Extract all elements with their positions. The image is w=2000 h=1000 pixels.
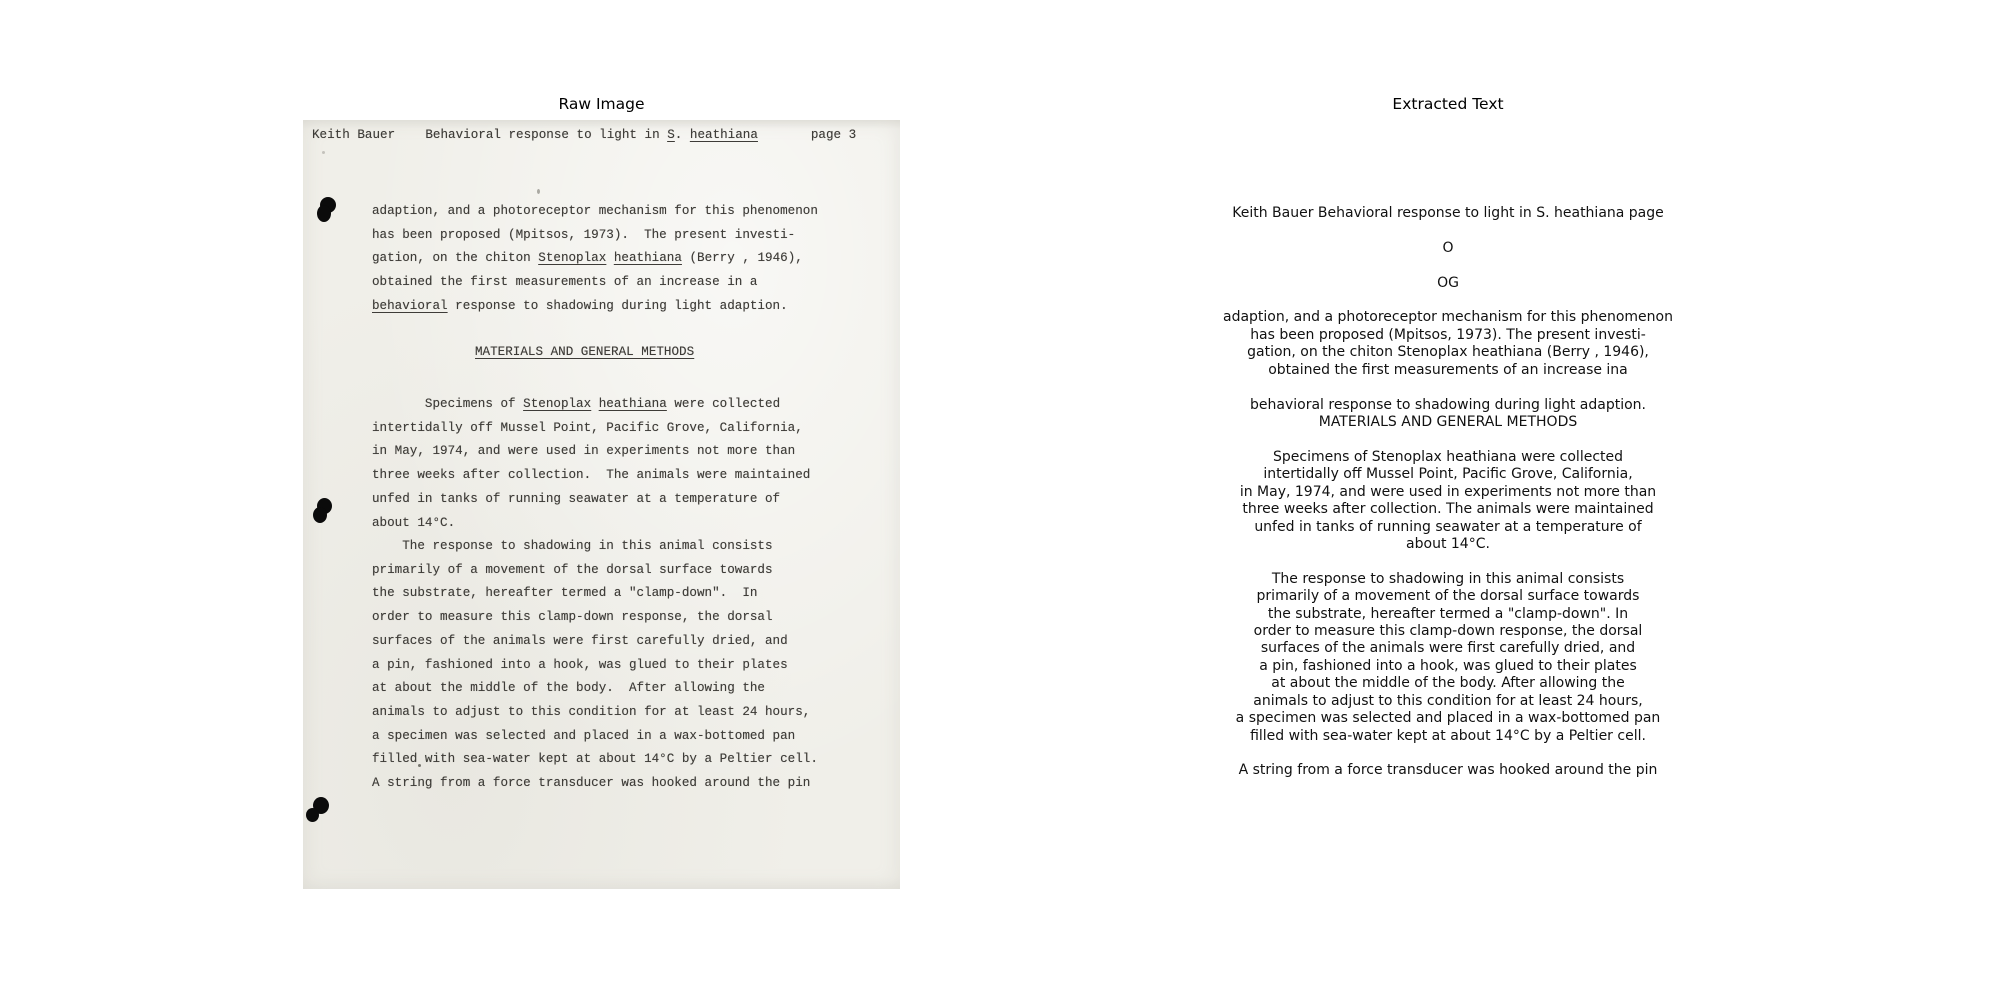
text-segment: a pin, fashioned into a hook, was glued … — [372, 658, 788, 672]
extracted-text-column: Keith Bauer Behavioral response to light… — [1148, 205, 1748, 797]
underlined-text: Stenoplax — [523, 397, 591, 411]
scan-text-line: Keith Bauer Behavioral response to light… — [312, 124, 856, 148]
text-segment: page 3 — [758, 128, 856, 142]
hole-punch-mark-middle — [313, 498, 335, 524]
extracted-text-line: gation, on the chiton Stenoplax heathian… — [1148, 344, 1748, 361]
scan-text-line: filled with sea-water kept at about 14°C… — [372, 748, 818, 772]
scan-text-line: primarily of a movement of the dorsal su… — [372, 559, 818, 583]
extracted-text-line: behavioral response to shadowing during … — [1148, 397, 1748, 414]
scan-text-line: behavioral response to shadowing during … — [372, 295, 818, 319]
scan-text-line: adaption, and a photoreceptor mechanism … — [372, 200, 818, 224]
extracted-text-line: a specimen was selected and placed in a … — [1148, 710, 1748, 727]
scan-text-line: a pin, fashioned into a hook, was glued … — [372, 654, 818, 678]
extracted-text-line: a pin, fashioned into a hook, was glued … — [1148, 658, 1748, 675]
scan-text-line: has been proposed (Mpitsos, 1973). The p… — [372, 224, 818, 248]
hole-punch-mark-top — [317, 197, 339, 223]
text-segment: order to measure this clamp-down respons… — [372, 610, 773, 624]
scan-text-line: Specimens of Stenoplax heathiana were co… — [372, 393, 810, 417]
scan-text-line: surfaces of the animals were first caref… — [372, 630, 818, 654]
scan-text-line: intertidally off Mussel Point, Pacific G… — [372, 417, 810, 441]
extracted-text-line: obtained the first measurements of an in… — [1148, 362, 1748, 379]
extracted-text-line: MATERIALS AND GENERAL METHODS — [1148, 414, 1748, 431]
extracted-text-line: about 14°C. — [1148, 536, 1748, 553]
text-segment: were collected — [667, 397, 780, 411]
extracted-text-line: O — [1148, 240, 1748, 257]
scan-text-line: gation, on the chiton Stenoplax heathian… — [372, 247, 818, 271]
text-segment: Keith Bauer Behavioral response to light… — [312, 128, 667, 142]
extracted-text-panel-title: Extracted Text — [1148, 94, 1748, 114]
scan-paragraph-3: The response to shadowing in this animal… — [372, 535, 818, 796]
scan-text-line: the substrate, hereafter termed a "clamp… — [372, 582, 818, 606]
underlined-text: behavioral — [372, 299, 448, 313]
text-segment: surfaces of the animals were first caref… — [372, 634, 788, 648]
scan-paragraph-1: adaption, and a photoreceptor mechanism … — [372, 200, 818, 319]
scan-page-header: Keith Bauer Behavioral response to light… — [312, 124, 856, 148]
scan-text-line: at about the middle of the body. After a… — [372, 677, 818, 701]
extracted-paragraph: Specimens of Stenoplax heathiana were co… — [1148, 449, 1748, 554]
underlined-text: heathiana — [599, 397, 667, 411]
extracted-paragraph: OG — [1148, 275, 1748, 292]
scan-text-line: order to measure this clamp-down respons… — [372, 606, 818, 630]
extracted-text-line: order to measure this clamp-down respons… — [1148, 623, 1748, 640]
underlined-text: MATERIALS AND GENERAL METHODS — [475, 345, 694, 359]
paper-speck — [418, 764, 421, 767]
extracted-text-line: has been proposed (Mpitsos, 1973). The p… — [1148, 327, 1748, 344]
extracted-paragraph: The response to shadowing in this animal… — [1148, 571, 1748, 745]
text-segment: has been proposed (Mpitsos, 1973). The p… — [372, 228, 795, 242]
extracted-paragraph: O — [1148, 240, 1748, 257]
underlined-text: S — [667, 128, 675, 142]
extracted-paragraph: Keith Bauer Behavioral response to light… — [1148, 205, 1748, 222]
text-segment: unfed in tanks of running seawater at a … — [372, 492, 780, 506]
text-segment: at about the middle of the body. After a… — [372, 681, 765, 695]
text-segment: intertidally off Mussel Point, Pacific G… — [372, 421, 803, 435]
text-segment: in May, 1974, and were used in experimen… — [372, 444, 795, 458]
paper-speck — [537, 189, 540, 194]
scan-text-line: three weeks after collection. The animal… — [372, 464, 810, 488]
scan-text-line: a specimen was selected and placed in a … — [372, 725, 818, 749]
scan-paragraph-2: Specimens of Stenoplax heathiana were co… — [372, 393, 810, 535]
text-segment: (Berry , 1946), — [682, 251, 803, 265]
text-segment: filled with sea-water kept at about 14°C… — [372, 752, 818, 766]
scan-text-line: unfed in tanks of running seawater at a … — [372, 488, 810, 512]
underlined-text: heathiana — [690, 128, 758, 142]
underlined-text: heathiana — [614, 251, 682, 265]
text-segment: . — [675, 128, 690, 142]
extracted-text-line: Keith Bauer Behavioral response to light… — [1148, 205, 1748, 222]
text-segment: the substrate, hereafter termed a "clamp… — [372, 586, 757, 600]
extracted-text-line: animals to adjust to this condition for … — [1148, 693, 1748, 710]
text-segment: response to shadowing during light adapt… — [448, 299, 788, 313]
extracted-text-line: primarily of a movement of the dorsal su… — [1148, 588, 1748, 605]
text-segment — [606, 251, 614, 265]
scan-text-line: in May, 1974, and were used in experimen… — [372, 440, 810, 464]
raw-image-panel-title: Raw Image — [303, 94, 900, 114]
extracted-text-line: in May, 1974, and were used in experimen… — [1148, 484, 1748, 501]
extracted-text-line: intertidally off Mussel Point, Pacific G… — [1148, 466, 1748, 483]
paper-speck — [322, 151, 325, 154]
extracted-text-line: OG — [1148, 275, 1748, 292]
extracted-paragraph: A string from a force transducer was hoo… — [1148, 762, 1748, 779]
text-segment: adaption, and a photoreceptor mechanism … — [372, 204, 818, 218]
hole-punch-mark-bottom — [306, 797, 330, 824]
text-segment: animals to adjust to this condition for … — [372, 705, 810, 719]
underlined-text: Stenoplax — [538, 251, 606, 265]
text-segment: obtained the first measurements of an in… — [372, 275, 757, 289]
extracted-text-line: unfed in tanks of running seawater at a … — [1148, 519, 1748, 536]
extracted-text-line: Specimens of Stenoplax heathiana were co… — [1148, 449, 1748, 466]
extracted-text-line: A string from a force transducer was hoo… — [1148, 762, 1748, 779]
text-segment: about 14°C. — [372, 516, 455, 530]
text-segment: three weeks after collection. The animal… — [372, 468, 810, 482]
extracted-paragraph: adaption, and a photoreceptor mechanism … — [1148, 309, 1748, 379]
extracted-text-line: filled with sea-water kept at about 14°C… — [1148, 728, 1748, 745]
text-segment — [591, 397, 599, 411]
scan-text-line: A string from a force transducer was hoo… — [372, 772, 818, 796]
text-segment: Specimens of — [372, 397, 523, 411]
text-segment: A string from a force transducer was hoo… — [372, 776, 810, 790]
extracted-text-line: adaption, and a photoreceptor mechanism … — [1148, 309, 1748, 326]
scan-text-line: The response to shadowing in this animal… — [372, 535, 818, 559]
text-segment: gation, on the chiton — [372, 251, 538, 265]
text-segment: a specimen was selected and placed in a … — [372, 729, 795, 743]
extracted-text-line: surfaces of the animals were first caref… — [1148, 640, 1748, 657]
extracted-text-line: three weeks after collection. The animal… — [1148, 501, 1748, 518]
scanned-document-image: Keith Bauer Behavioral response to light… — [303, 120, 900, 889]
scan-text-line: animals to adjust to this condition for … — [372, 701, 818, 725]
extracted-text-line: at about the middle of the body. After a… — [1148, 675, 1748, 692]
extracted-text-line: the substrate, hereafter termed a "clamp… — [1148, 606, 1748, 623]
extracted-paragraph: behavioral response to shadowing during … — [1148, 397, 1748, 432]
text-segment: primarily of a movement of the dorsal su… — [372, 563, 773, 577]
extracted-text-line: The response to shadowing in this animal… — [1148, 571, 1748, 588]
scan-text-line: about 14°C. — [372, 512, 810, 536]
scan-text-line: obtained the first measurements of an in… — [372, 271, 818, 295]
scan-text-line: MATERIALS AND GENERAL METHODS — [475, 341, 694, 365]
scan-section-heading: MATERIALS AND GENERAL METHODS — [475, 341, 694, 365]
text-segment: The response to shadowing in this animal… — [372, 539, 773, 553]
